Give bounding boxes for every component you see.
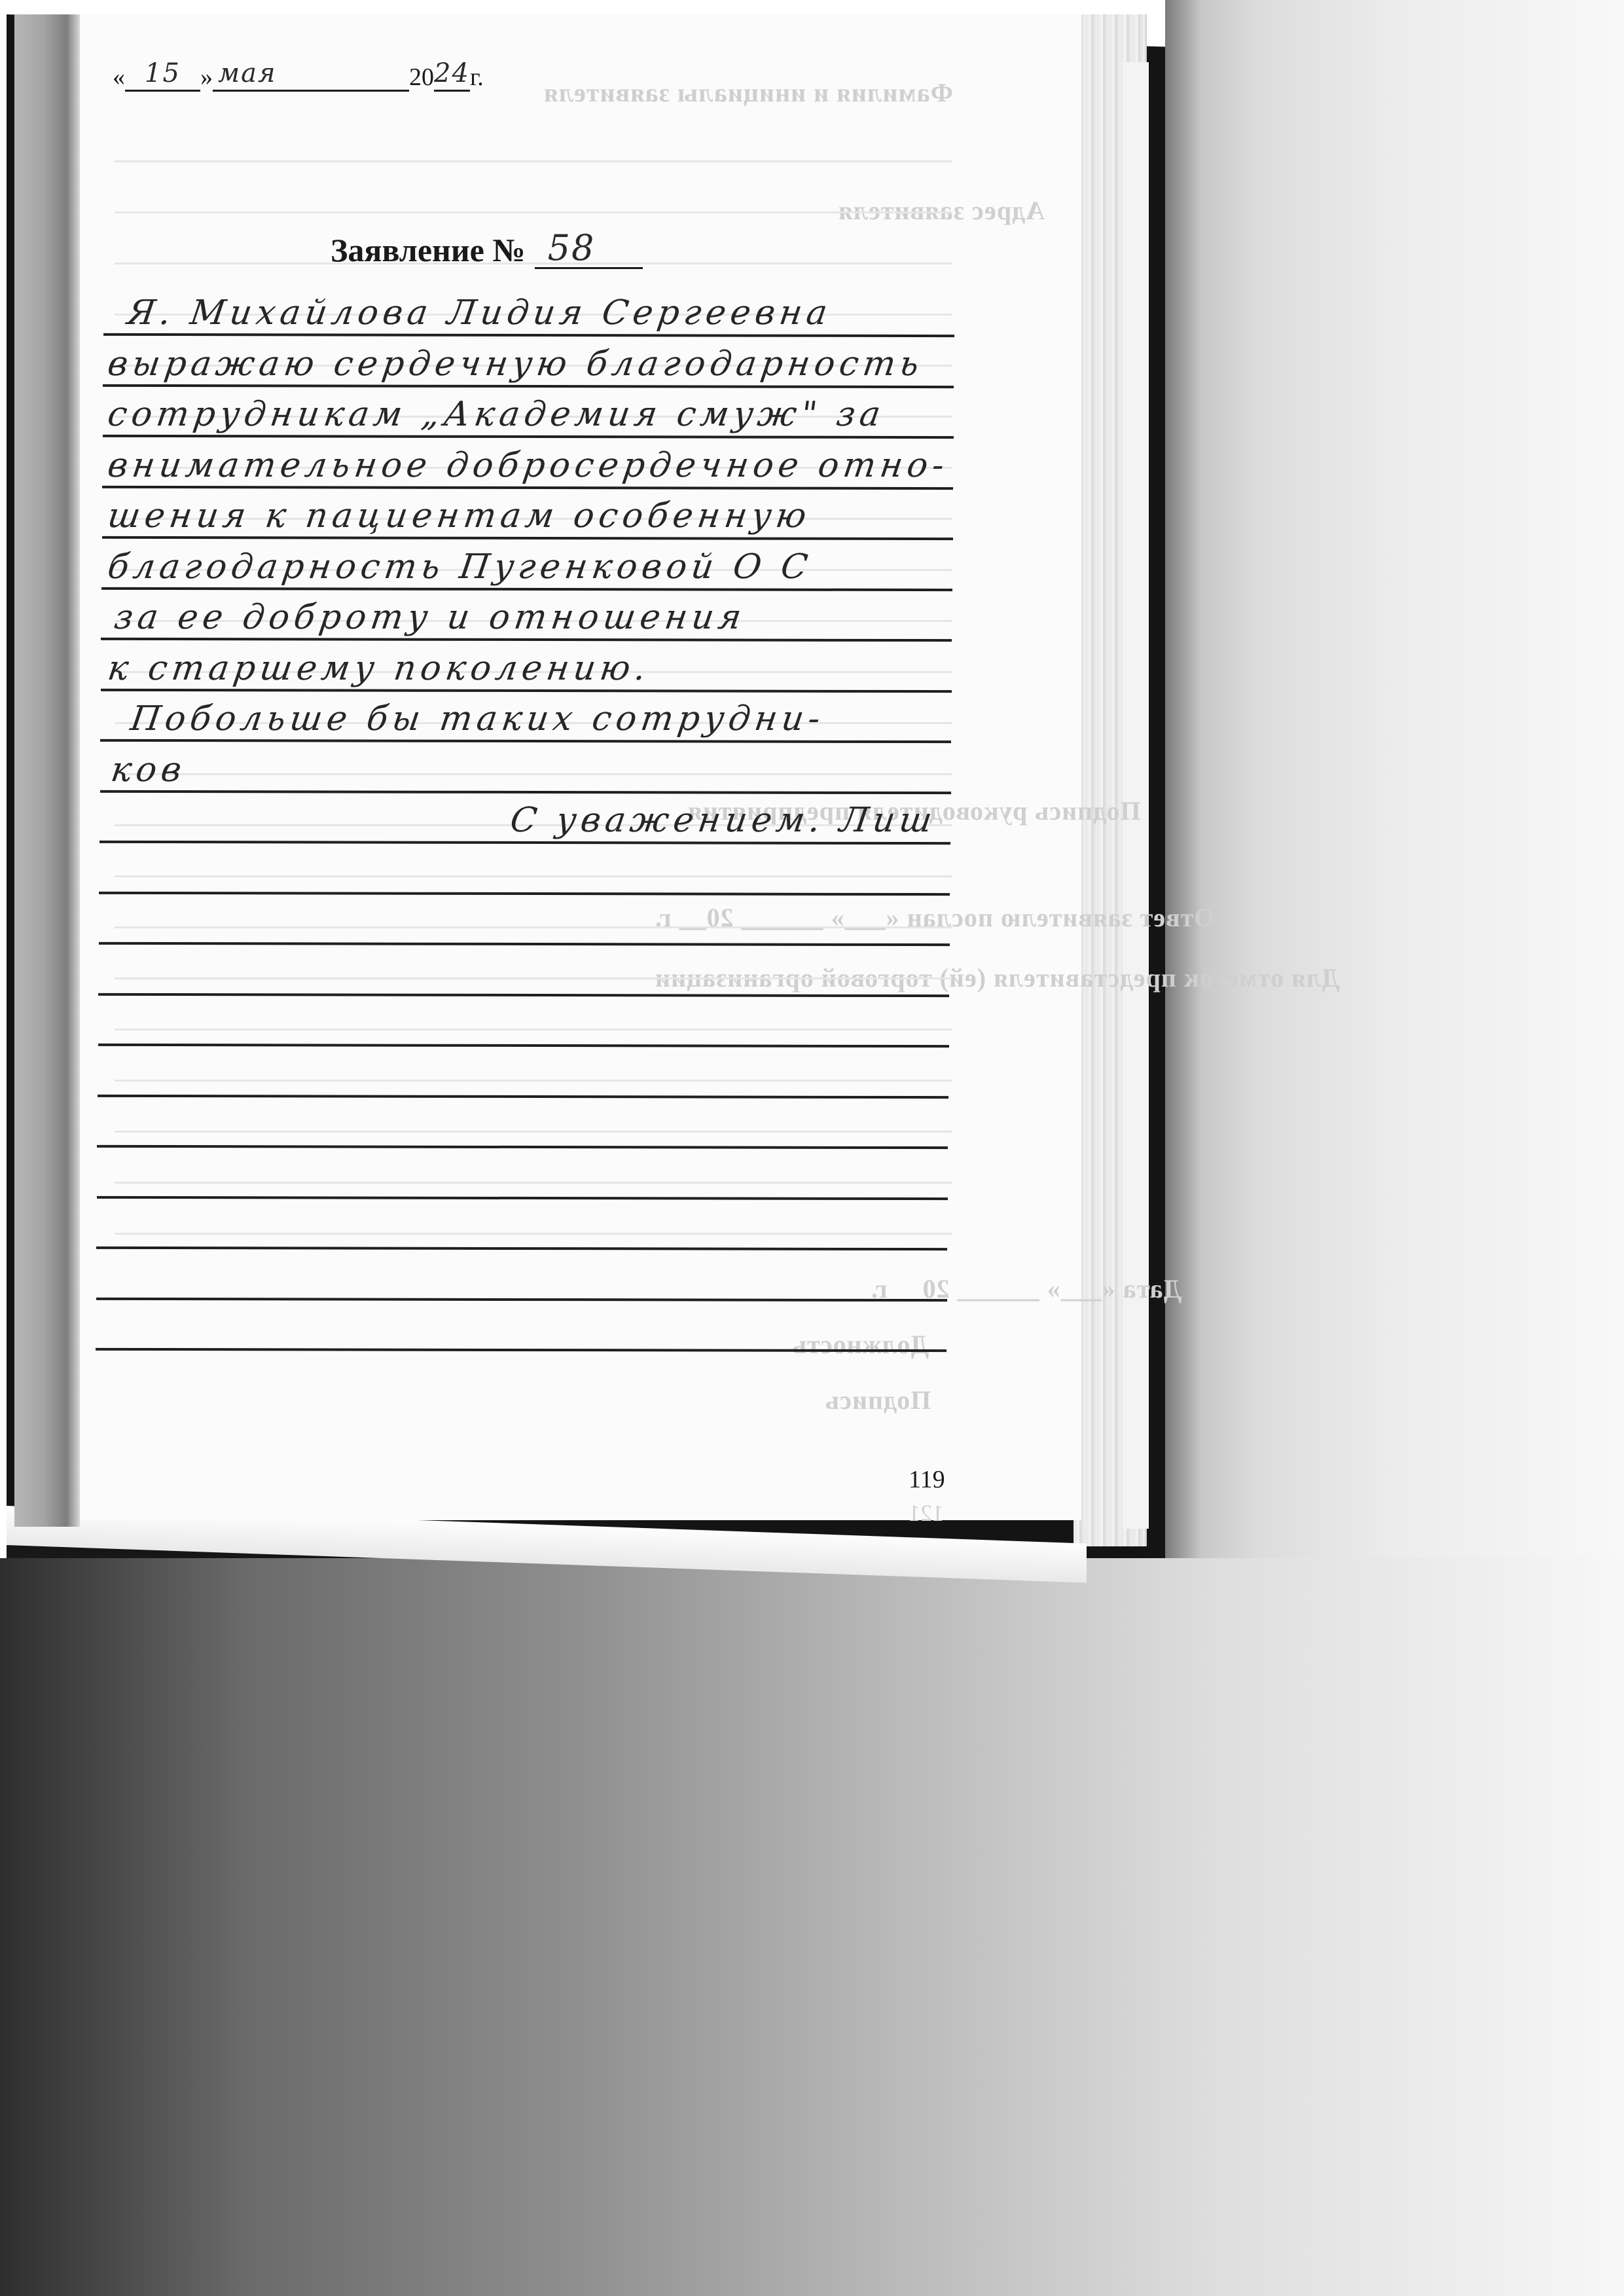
handwritten-line: благодарность Пугенковой О С bbox=[105, 547, 815, 587]
date-day-handwritten: 15 bbox=[125, 58, 200, 88]
handwritten-line: внимательное добросердечное отно- bbox=[105, 446, 951, 485]
book-spine-shadow bbox=[14, 14, 80, 1527]
bleed-through-rule bbox=[115, 1131, 952, 1133]
handwritten-line: выражаю сердечную благодарность bbox=[105, 344, 926, 384]
date-month-handwritten: мая bbox=[218, 58, 409, 88]
date-year-handwritten: 24 bbox=[434, 58, 470, 88]
date-open-quote: « bbox=[113, 63, 125, 92]
bleed-through-rule bbox=[115, 1182, 952, 1184]
bleed-through-rule bbox=[115, 1029, 952, 1030]
bleed-through-rule bbox=[115, 211, 952, 213]
handwritten-line: ков bbox=[109, 750, 189, 790]
scanner-background bbox=[0, 1558, 1624, 2296]
handwritten-line: сотрудникам „Академия смуж" за bbox=[105, 395, 888, 434]
bleed-through-rule bbox=[115, 1080, 952, 1082]
page-number: 119 bbox=[909, 1465, 945, 1494]
date-year-prefix: 20 bbox=[409, 63, 434, 92]
handwritten-line: Я. Михайлова Лидия Сергеевна bbox=[125, 293, 835, 333]
statement-title-label: Заявление № bbox=[331, 231, 526, 269]
reverse-page-number: 121 bbox=[909, 1499, 944, 1527]
bleed-through-rule bbox=[115, 773, 952, 775]
scanner-background-right bbox=[1165, 0, 1624, 1571]
date-day-blank: 15 bbox=[125, 62, 200, 92]
bleed-through-label: Подпись bbox=[825, 1385, 931, 1415]
date-year-unit: г. bbox=[470, 63, 484, 92]
signature-line: С уважением. Лиш bbox=[508, 801, 939, 840]
date-month-blank: мая bbox=[213, 62, 409, 92]
bleed-through-label: Должность bbox=[792, 1329, 929, 1360]
handwritten-line: шения к пациентам особенную bbox=[105, 496, 814, 536]
bleed-through-rule bbox=[115, 160, 952, 162]
bleed-through-label: Адрес заявителя bbox=[838, 195, 1045, 226]
handwritten-line: к старшему поколению. bbox=[105, 649, 653, 688]
handwritten-line: за ее доброту и отношения bbox=[112, 598, 748, 637]
statement-title: Заявление № 58 bbox=[331, 228, 643, 269]
bleed-through-rule bbox=[115, 875, 952, 877]
date-year-blank: 24 bbox=[434, 62, 470, 92]
statement-number-handwritten: 58 bbox=[548, 227, 596, 268]
bleed-through-rule bbox=[115, 926, 952, 928]
bleed-through-rule bbox=[115, 1233, 952, 1235]
bleed-through-label: Фамилия и инициалы заявителя bbox=[543, 77, 953, 108]
date-field: « 15 » мая 20 24 г. bbox=[113, 62, 484, 92]
handwritten-line: Побольше бы таких сотрудни- bbox=[128, 699, 827, 738]
date-close-quote: » bbox=[200, 63, 213, 92]
bleed-through-rule bbox=[115, 977, 952, 979]
statement-number-blank: 58 bbox=[535, 228, 643, 269]
